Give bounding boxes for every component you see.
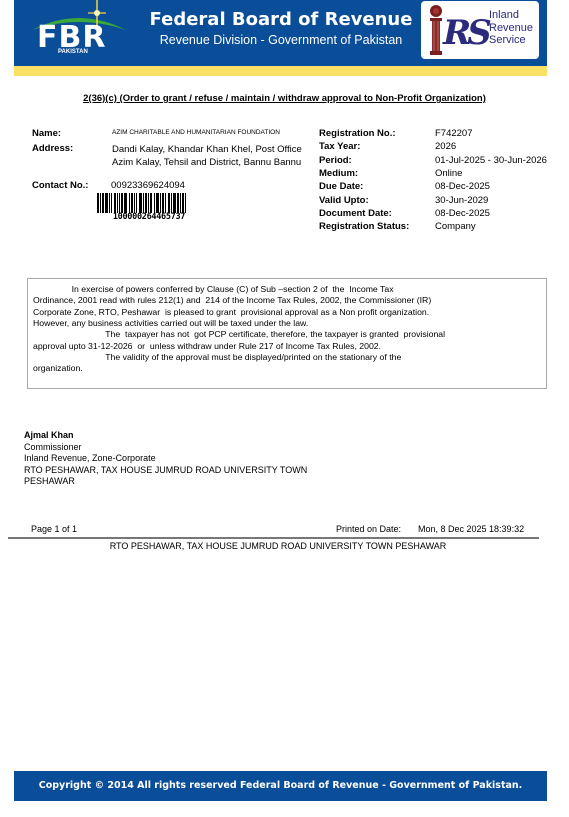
header-stripe bbox=[14, 66, 547, 76]
order-text-line: organization. bbox=[33, 363, 83, 374]
registration-label: Document Date: bbox=[319, 208, 392, 219]
order-text-line: approval upto 31-12-2026 or unless withd… bbox=[33, 341, 381, 352]
contact-label: Contact No.: bbox=[32, 180, 88, 191]
address-line-1: Dandi Kalay, Khandar Khan Khel, Post Off… bbox=[112, 144, 302, 155]
signatory-address-line-1: RTO PESHAWAR, TAX HOUSE JUMRUD ROAD UNIV… bbox=[24, 465, 307, 477]
registration-label: Medium: bbox=[319, 168, 358, 179]
printed-date-value: Mon, 8 Dec 2025 18:39:32 bbox=[418, 524, 524, 534]
irs-logo-text: Inland Revenue Service bbox=[489, 9, 533, 47]
order-text-line: The taxpayer has not got PCP certificate… bbox=[33, 329, 445, 340]
signatory-block: Ajmal Khan Commissioner Inland Revenue, … bbox=[24, 430, 307, 488]
registration-label: Valid Upto: bbox=[319, 195, 369, 206]
name-label: Name: bbox=[32, 128, 61, 139]
page-number: Page 1 of 1 bbox=[31, 524, 77, 534]
signatory-office: Inland Revenue, Zone-Corporate bbox=[24, 453, 307, 465]
taxpayer-name: AZIM CHARITABLE AND HUMANITARIAN FOUNDAT… bbox=[112, 129, 280, 136]
header-subtitle: Revenue Division - Government of Pakista… bbox=[146, 33, 416, 47]
registration-value: Company bbox=[435, 221, 476, 232]
signatory-address-line-2: PESHAWAR bbox=[24, 476, 307, 488]
printed-date-label: Printed on Date: bbox=[336, 524, 401, 534]
registration-value: Online bbox=[435, 168, 462, 179]
registration-label: Registration No.: bbox=[319, 128, 396, 139]
order-text-line: In exercise of powers conferred by Claus… bbox=[33, 284, 394, 295]
signatory-name: Ajmal Khan bbox=[24, 430, 307, 442]
copyright-bar: Copyright © 2014 All rights reserved Fed… bbox=[14, 771, 547, 801]
registration-value: 08-Dec-2025 bbox=[435, 181, 490, 192]
contact-number: 00923369624094 bbox=[111, 180, 185, 191]
footer-divider bbox=[8, 537, 539, 539]
barcode bbox=[97, 193, 201, 213]
irs-logo-letters: RS bbox=[443, 13, 488, 53]
registration-value: 01-Jul-2025 - 30-Jun-2026 bbox=[435, 155, 547, 166]
order-text-line: Ordinance, 2001 read with rules 212(1) a… bbox=[33, 295, 431, 306]
barcode-number: 100000264465737 bbox=[97, 212, 201, 222]
signatory-designation: Commissioner bbox=[24, 442, 307, 454]
order-text-box: In exercise of powers conferred by Claus… bbox=[27, 278, 547, 389]
irs-logo: RS Inland Revenue Service bbox=[421, 1, 539, 59]
registration-value: 2026 bbox=[435, 141, 456, 152]
registration-value: F742207 bbox=[435, 128, 473, 139]
registration-label: Tax Year: bbox=[319, 141, 360, 152]
order-text-line: The validity of the approval must be dis… bbox=[33, 352, 401, 363]
address-label: Address: bbox=[32, 143, 73, 154]
registration-value: 08-Dec-2025 bbox=[435, 208, 490, 219]
fbr-logo-subtext: PAKISTAN bbox=[58, 49, 88, 55]
order-text-line: Corporate Zone, RTO, Peshawar is pleased… bbox=[33, 307, 429, 318]
registration-label: Registration Status: bbox=[319, 221, 409, 232]
registration-label: Due Date: bbox=[319, 181, 363, 192]
footer-address: RTO PESHAWAR, TAX HOUSE JUMRUD ROAD UNIV… bbox=[0, 541, 556, 551]
pillar-icon bbox=[429, 5, 443, 55]
address-line-2: Azim Kalay, Tehsil and District, Bannu B… bbox=[112, 157, 301, 168]
registration-label: Period: bbox=[319, 155, 352, 166]
document-title: 2(36)(c) (Order to grant / refuse / main… bbox=[0, 93, 569, 104]
header-title: Federal Board of Revenue bbox=[146, 9, 416, 30]
order-text-line: However, any business activities carried… bbox=[33, 318, 308, 329]
registration-value: 30-Jun-2029 bbox=[435, 195, 488, 206]
